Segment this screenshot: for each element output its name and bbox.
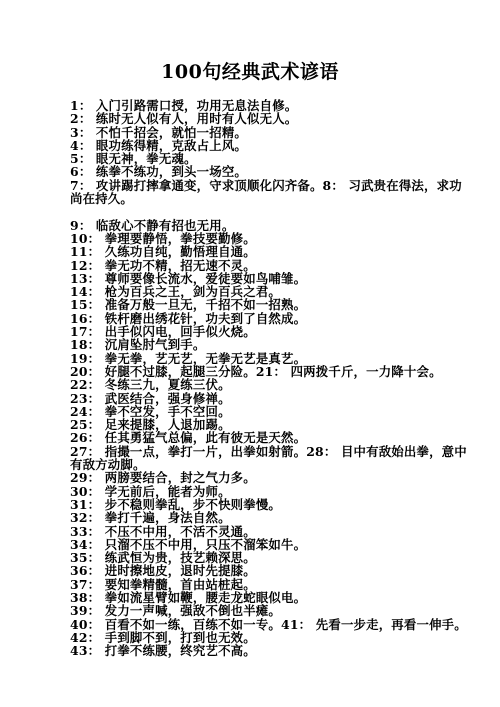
proverb-line: 4： 眼功练得精，克敌占上风。 <box>70 139 472 152</box>
proverb-line: 36： 进时擦地皮，退时先提膝。 <box>70 564 472 577</box>
proverb-line: 25： 足来提膝，人退加踢。 <box>70 418 472 431</box>
proverb-line: 35： 练武恒为贵，技艺赖深思。 <box>70 551 472 564</box>
proverb-line: 18： 沉肩坠肘气到手。 <box>70 338 472 351</box>
proverb-line: 11： 久练功自纯，勤悟理自通。 <box>70 245 472 258</box>
proverb-line: 13： 尊师要像长流水，爱徒要如鸟哺雏。 <box>70 272 472 285</box>
proverb-line: 20： 好腿不过膝，起腿三分险。21： 四两拨千斤，一力降十会。 <box>70 365 472 378</box>
proverb-line: 26： 任其勇猛气总偏，此有彼无是天然。 <box>70 431 472 444</box>
proverb-line: 17： 出手似闪电，回手似火烧。 <box>70 325 472 338</box>
proverb-line: 12： 拳无功不精，招无速不灵。 <box>70 259 472 272</box>
proverb-line: 22： 冬练三九，夏练三伏。 <box>70 378 472 391</box>
proverb-line: 15： 准备万般一旦无，千招不如一招熟。 <box>70 298 472 311</box>
proverb-line: 5： 眼无神，拳无魂。 <box>70 152 472 165</box>
proverb-line: 10： 拳理要静悟，拳技要勤修。 <box>70 232 472 245</box>
proverb-line: 40： 百看不如一练，百练不如一专。41： 先看一步走，再看一伸手。 <box>70 618 472 631</box>
proverb-line: 23： 武医结合，强身修禅。 <box>70 392 472 405</box>
proverb-line: 24： 拳不空发，手不空回。 <box>70 405 472 418</box>
proverb-line: 34： 只溜不压不中用，只压不溜笨如牛。 <box>70 538 472 551</box>
proverb-line: 43： 打拳不练腰，终究艺不高。 <box>70 644 472 657</box>
blank-line <box>70 205 472 218</box>
proverb-line: 1： 入门引路需口授，功用无息法自修。 <box>70 99 472 112</box>
proverb-line: 38： 拳如流星臂如鞭，腰走龙蛇眼似电。 <box>70 591 472 604</box>
proverb-line: 7： 攻讲踢打摔拿通变，守求顶顺化闪齐备。8： 习武贵在得法，求功尚在持久。 <box>70 179 472 206</box>
proverb-line: 29： 两膀要结合，封之气力多。 <box>70 471 472 484</box>
page-title: 100句经典武术谚语 <box>0 0 500 84</box>
proverb-list: 1： 入门引路需口授，功用无息法自修。2： 练时无人似有人，用时有人似无人。3：… <box>0 84 500 657</box>
proverb-line: 27： 指撮一点，拳打一片，出拳如射箭。28： 目中有敌始出拳，意中有敌方动脚。 <box>70 445 472 472</box>
proverb-line: 16： 铁杆磨出绣花针，功夫到了自然成。 <box>70 312 472 325</box>
proverb-line: 31： 步不稳则拳乱，步不快则拳慢。 <box>70 498 472 511</box>
proverb-line: 32： 拳打千遍，身法自然。 <box>70 511 472 524</box>
proverb-line: 33： 不压不中用，不活不灵通。 <box>70 525 472 538</box>
proverb-line: 9： 临敌心不静有招也无用。 <box>70 219 472 232</box>
proverb-line: 19： 拳无拳，艺无艺，无拳无艺是真艺。 <box>70 352 472 365</box>
proverb-line: 30： 学无前后，能者为师。 <box>70 485 472 498</box>
proverb-line: 3： 不怕千招会，就怕一招精。 <box>70 126 472 139</box>
proverb-line: 14： 枪为百兵之王，剑为百兵之君。 <box>70 285 472 298</box>
proverb-line: 2： 练时无人似有人，用时有人似无人。 <box>70 112 472 125</box>
proverb-line: 37： 要知拳精髓，首由站桩起。 <box>70 578 472 591</box>
proverb-line: 6： 练拳不练功，到头一场空。 <box>70 165 472 178</box>
proverb-line: 39： 发力一声喊，强敌不倒也半瘫。 <box>70 604 472 617</box>
proverb-line: 42： 手到脚不到，打到也无效。 <box>70 631 472 644</box>
document-page: 100句经典武术谚语 1： 入门引路需口授，功用无息法自修。2： 练时无人似有人… <box>0 0 500 707</box>
